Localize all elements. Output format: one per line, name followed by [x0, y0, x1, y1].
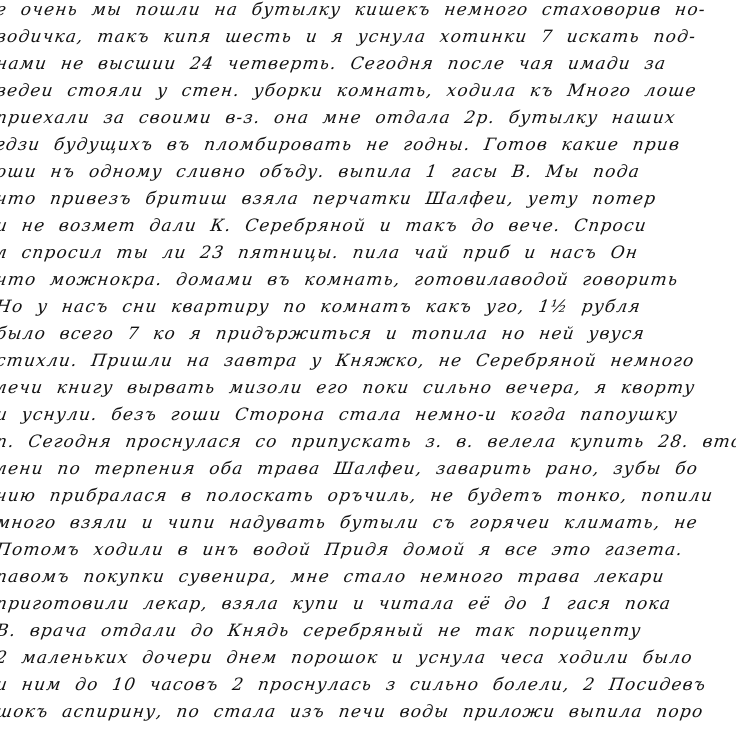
handwriting-line: ведеи стояли у стен. уборки комнать, ход…: [0, 81, 698, 101]
handwriting-line: оши нъ одному сливно объду. выпила 1 гас…: [0, 162, 641, 182]
handwriting-line: В. врача отдали до Княдь серебряный не т…: [0, 621, 643, 641]
handwriting-line: много взяли и чипи надувать бутыли съ го…: [0, 513, 699, 533]
handwriting-line: гдзи будущихъ въ пломбировать не годны. …: [0, 135, 682, 155]
handwriting-line: и не возмет дали К. Серебряной и такъ до…: [0, 216, 648, 236]
handwritten-page: е очень мы пошли на бутылку кишекъ немно…: [0, 0, 736, 736]
handwriting-line: л спросил ты ли 23 пятницы. пила чай при…: [0, 243, 640, 263]
handwriting-line: и ним до 10 часовъ 2 проснулась з сильно…: [0, 675, 708, 695]
handwriting-line: водичка, такъ кипя шесть и я уснула хоти…: [0, 27, 698, 47]
handwriting-line: чию прибралася в полоскать оръчиль, не б…: [0, 486, 715, 506]
handwriting-line: лени по терпения оба трава Шалфеи, завар…: [0, 459, 700, 479]
handwriting-line: было всего 7 ко я придържиться и топила …: [0, 324, 646, 344]
handwriting-line: е очень мы пошли на бутылку кишекъ немно…: [0, 0, 707, 20]
handwriting-line: п. Сегодня проснулася со припускать з. в…: [0, 432, 736, 452]
handwriting-line: что можнокра. домами въ комнать, готовил…: [0, 270, 680, 290]
handwriting-line: нами не высшии 24 четверть. Сегодня посл…: [0, 54, 668, 74]
handwriting-line: стихли. Пришли на завтра у Княжко, не Се…: [0, 351, 696, 371]
handwriting-line: приехали за своими в-з. она мне отдала 2…: [0, 108, 677, 128]
handwriting-line: павомъ покупки сувенира, мне стало немно…: [0, 567, 666, 587]
handwriting-line: 2 маленьких дочери днем порошок и уснула…: [0, 648, 694, 668]
handwriting-line: лечи книгу вырвать мизоли его поки сильн…: [0, 378, 697, 398]
handwriting-line: Но у насъ сни квартиру по комнатъ какъ у…: [0, 297, 642, 317]
handwriting-line: что привезъ бритиш взяла перчатки Шалфеи…: [0, 189, 658, 209]
handwriting-line: шокъ аспирину, по стала изъ печи воды пр…: [0, 702, 705, 722]
handwriting-line: приготовили лекар, взяла купи и читала е…: [0, 594, 673, 614]
handwriting-line: и уснули. безъ гоши Сторона стала немно-…: [0, 405, 679, 425]
handwriting-line: Потомъ ходили в инъ водой Придя домой я …: [0, 540, 684, 560]
